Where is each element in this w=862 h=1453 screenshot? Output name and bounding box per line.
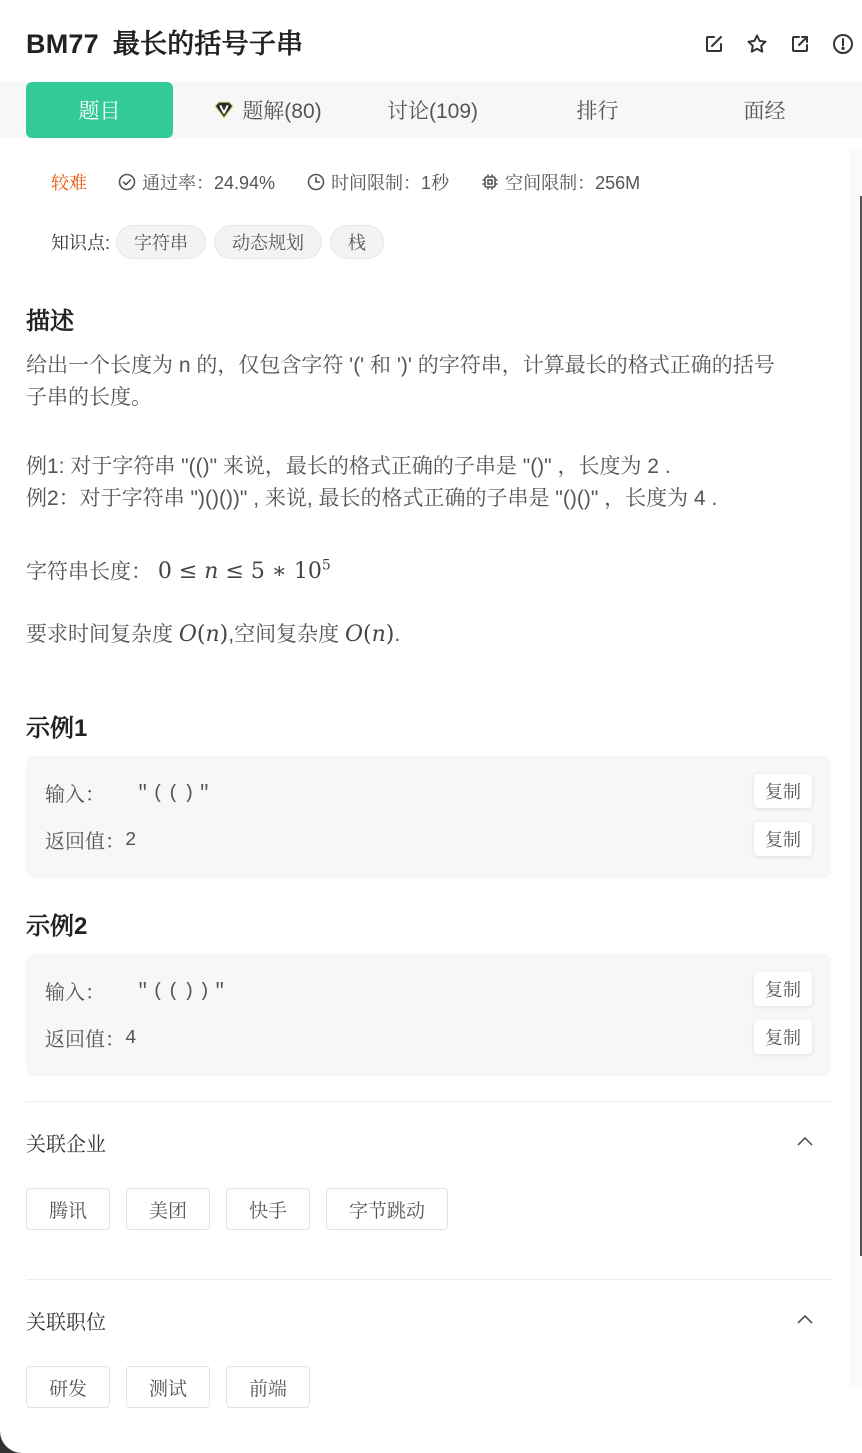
complexity-requirement: 要求时间复杂度 O(n),空间复杂度 O(n). <box>26 619 826 651</box>
problem-tabs: 题目 题解(80) 讨论(109) 排行 面经 <box>0 82 862 138</box>
company-tag[interactable]: 字节跳动 <box>326 1188 448 1230</box>
math-part: O <box>179 622 197 647</box>
company-tag[interactable]: 美团 <box>126 1188 210 1230</box>
time-complexity-formula: O(n) <box>179 622 228 647</box>
share-icon[interactable] <box>789 33 811 55</box>
position-tag[interactable]: 前端 <box>226 1366 310 1408</box>
complexity-text: 要求时间复杂度 <box>26 623 173 646</box>
knowledge-tag[interactable]: 字符串 <box>116 225 206 259</box>
length-formula: 0 ≤ n ≤ 5 ∗ 105 <box>158 559 331 584</box>
tab-solutions[interactable]: 题解(80) <box>200 82 335 138</box>
tab-interview[interactable]: 面经 <box>697 82 832 138</box>
space-limit-text: 空间限制：256M <box>505 169 640 195</box>
tab-ranking[interactable]: 排行 <box>530 82 665 138</box>
example-1-box: 输入： "(()" 复制 返回值： 2 复制 <box>26 756 831 878</box>
math-exponent: 5 <box>322 558 331 574</box>
complexity-text: ,空间复杂度 <box>228 623 339 646</box>
example-2-heading: 示例2 <box>26 906 87 941</box>
tab-label: 题解(80) <box>242 95 321 125</box>
example-2-box: 输入： "(())" 复制 返回值： 4 复制 <box>26 954 831 1076</box>
problem-page: BM77最长的括号子串 题目 题解(80) <box>0 0 862 1453</box>
tab-label: 讨论(109) <box>387 95 478 125</box>
divider <box>26 1279 831 1280</box>
description-line: 子串的长度。 <box>26 382 826 414</box>
space-complexity-formula: O(n) <box>345 622 394 647</box>
example-1-output: 返回值： 2 <box>45 825 136 854</box>
vip-v-icon <box>213 100 235 120</box>
clock-icon <box>307 173 325 191</box>
length-constraint: 字符串长度： 0 ≤ n ≤ 5 ∗ 105 <box>26 550 826 588</box>
tab-label: 排行 <box>577 95 619 125</box>
knowledge-tag[interactable]: 栈 <box>330 225 384 259</box>
math-part: O <box>345 622 363 647</box>
star-icon[interactable] <box>746 33 768 55</box>
copy-input-button[interactable]: 复制 <box>754 972 812 1006</box>
pass-rate: 通过率：24.94% <box>118 169 275 195</box>
output-value: 4 <box>125 1027 136 1049</box>
tab-problem[interactable]: 题目 <box>26 82 173 138</box>
math-part: 0 <box>158 559 172 584</box>
related-companies-tags: 腾讯 美团 快手 字节跳动 <box>26 1188 448 1230</box>
header-actions <box>703 33 854 55</box>
chevron-up-icon[interactable] <box>795 1312 815 1326</box>
tab-discussion[interactable]: 讨论(109) <box>365 82 500 138</box>
description-example-1: 例1: 对于字符串 "(()" 来说，最长的格式正确的子串是 "()" ，长度为… <box>26 451 826 483</box>
math-part: 5 ∗ 10 <box>251 559 322 584</box>
output-value: 2 <box>125 829 136 851</box>
pass-rate-text: 通过率：24.94% <box>142 169 275 195</box>
tab-label: 面经 <box>744 95 786 125</box>
knowledge-points: 知识点: 字符串 动态规划 栈 <box>51 225 392 259</box>
problem-meta: 较难 通过率：24.94% 时间限制：1秒 空间限制：256M <box>51 169 672 195</box>
math-part: n <box>205 622 219 647</box>
company-tag[interactable]: 腾讯 <box>26 1188 110 1230</box>
edit-icon[interactable] <box>703 33 725 55</box>
problem-name: 最长的括号子串 <box>113 29 303 59</box>
related-positions-title: 关联职位 <box>26 1306 106 1335</box>
knowledge-label: 知识点: <box>51 229 110 255</box>
copy-output-button[interactable]: 复制 <box>754 822 812 856</box>
description-text: 给出一个长度为 n 的，仅包含字符 '(' 和 ')' 的字符串，计算最长的格式… <box>26 350 826 414</box>
space-limit: 空间限制：256M <box>481 169 640 195</box>
math-part: n <box>372 622 386 647</box>
problem-code: BM77 <box>26 29 99 59</box>
output-label: 返回值： <box>45 1023 125 1052</box>
report-icon[interactable] <box>832 33 854 55</box>
math-part: ≤ <box>225 559 243 584</box>
position-tag[interactable]: 研发 <box>26 1366 110 1408</box>
position-tag[interactable]: 测试 <box>126 1366 210 1408</box>
description-line: 给出一个长度为 n 的，仅包含字符 '(' 和 ')' 的字符串，计算最长的格式… <box>26 350 826 382</box>
knowledge-tag[interactable]: 动态规划 <box>214 225 322 259</box>
length-label: 字符串长度： <box>26 560 152 583</box>
difficulty-badge: 较难 <box>51 169 87 195</box>
example-2-input: 输入： "(())" <box>45 976 229 1005</box>
input-value: "(()" <box>137 782 214 804</box>
description-examples: 例1: 对于字符串 "(()" 来说，最长的格式正确的子串是 "()" ，长度为… <box>26 451 826 515</box>
problem-title: BM77最长的括号子串 <box>26 22 303 61</box>
input-label: 输入： <box>45 976 137 1005</box>
copy-output-button[interactable]: 复制 <box>754 1020 812 1054</box>
related-companies-title: 关联企业 <box>26 1128 106 1157</box>
description-example-2: 例2：对于字符串 ")()())" , 来说, 最长的格式正确的子串是 "()(… <box>26 483 826 515</box>
copy-input-button[interactable]: 复制 <box>754 774 812 808</box>
output-label: 返回值： <box>45 825 125 854</box>
description-heading: 描述 <box>26 301 74 336</box>
time-limit: 时间限制：1秒 <box>307 169 449 195</box>
problem-content: 较难 通过率：24.94% 时间限制：1秒 空间限制：256M 知识点: 字符串… <box>0 138 862 1453</box>
input-value: "(())" <box>137 980 229 1002</box>
time-limit-text: 时间限制：1秒 <box>331 169 449 195</box>
example-1-input: 输入： "(()" <box>45 778 214 807</box>
input-label: 输入： <box>45 778 137 807</box>
related-positions-tags: 研发 测试 前端 <box>26 1366 310 1408</box>
chevron-up-icon[interactable] <box>795 1134 815 1148</box>
company-tag[interactable]: 快手 <box>226 1188 310 1230</box>
problem-header: BM77最长的括号子串 <box>0 0 862 82</box>
chip-icon <box>481 173 499 191</box>
math-part: ≤ <box>179 559 197 584</box>
complexity-text: . <box>394 623 400 646</box>
divider <box>26 1101 831 1102</box>
example-1-heading: 示例1 <box>26 708 87 743</box>
check-circle-icon <box>118 173 136 191</box>
math-part: n <box>204 559 218 584</box>
tab-label: 题目 <box>79 95 121 125</box>
example-2-output: 返回值： 4 <box>45 1023 136 1052</box>
